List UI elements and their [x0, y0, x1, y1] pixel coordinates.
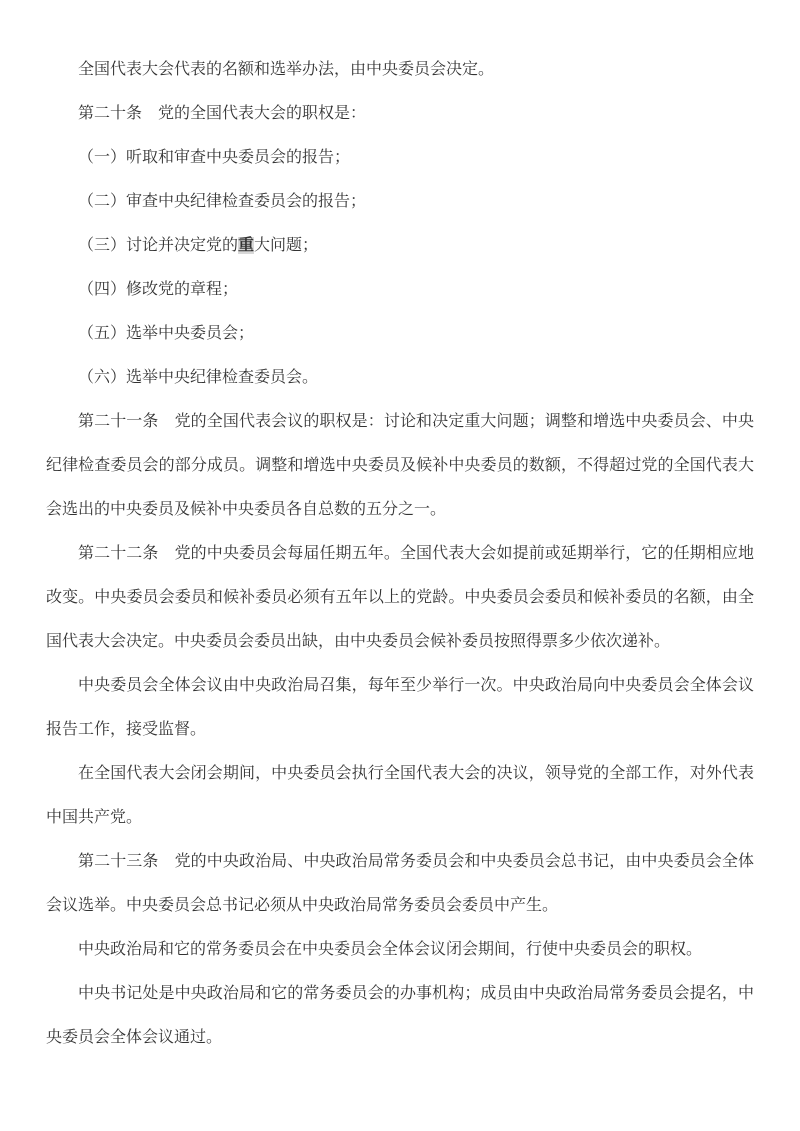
paragraph: 中央政治局和它的常务委员会在中央委员会全体会议闭会期间，行使中央委员会的职权。 [46, 928, 754, 972]
document-body: 全国代表大会代表的名额和选举办法，由中央委员会决定。第二十条 党的全国代表大会的… [46, 48, 754, 1060]
paragraph: （三）讨论并决定党的重大问题； [46, 224, 754, 268]
text-run: 大问题； [254, 237, 318, 254]
text-run: （三）讨论并决定党的 [78, 237, 238, 254]
text-run: 全国代表大会代表的名额和选举办法，由中央委员会决定。 [78, 61, 494, 78]
text-run: （一）听取和审查中央委员会的报告； [78, 149, 350, 166]
text-run: （二）审查中央纪律检查委员会的报告； [78, 193, 366, 210]
paragraph: （五）选举中央委员会； [46, 312, 754, 356]
paragraph: 在全国代表大会闭会期间，中央委员会执行全国代表大会的决议，领导党的全部工作，对外… [46, 752, 754, 840]
text-run: 中央委员会全体会议由中央政治局召集，每年至少举行一次。中央政治局向中央委员会全体… [46, 677, 754, 738]
paragraph: （一）听取和审查中央委员会的报告； [46, 136, 754, 180]
text-run: （六）选举中央纪律检查委员会。 [78, 369, 318, 386]
text-run: （四）修改党的章程； [78, 281, 238, 298]
paragraph: 中央书记处是中央政治局和它的常务委员会的办事机构；成员由中央政治局常务委员会提名… [46, 972, 754, 1060]
text-run: （五）选举中央委员会； [78, 325, 254, 342]
text-run: 第二十二条 党的中央委员会每届任期五年。全国代表大会如提前或延期举行，它的任期相… [46, 545, 754, 650]
paragraph: 第二十条 党的全国代表大会的职权是： [46, 92, 754, 136]
text-run: 第二十一条 党的全国代表会议的职权是：讨论和决定重大问题；调整和增选中央委员会、… [46, 413, 754, 518]
paragraph: （四）修改党的章程； [46, 268, 754, 312]
text-run: 第二十条 党的全国代表大会的职权是： [78, 105, 366, 122]
paragraph: （二）审查中央纪律检查委员会的报告； [46, 180, 754, 224]
text-run: 在全国代表大会闭会期间，中央委员会执行全国代表大会的决议，领导党的全部工作，对外… [46, 765, 754, 826]
text-run: 第二十三条 党的中央政治局、中央政治局常务委员会和中央委员会总书记，由中央委员会… [46, 853, 754, 914]
paragraph: 第二十三条 党的中央政治局、中央政治局常务委员会和中央委员会总书记，由中央委员会… [46, 840, 754, 928]
paragraph: 第二十二条 党的中央委员会每届任期五年。全国代表大会如提前或延期举行，它的任期相… [46, 532, 754, 664]
text-run: 中央书记处是中央政治局和它的常务委员会的办事机构；成员由中央政治局常务委员会提名… [46, 985, 754, 1046]
paragraph: 全国代表大会代表的名额和选举办法，由中央委员会决定。 [46, 48, 754, 92]
paragraph: 中央委员会全体会议由中央政治局召集，每年至少举行一次。中央政治局向中央委员会全体… [46, 664, 754, 752]
paragraph: （六）选举中央纪律检查委员会。 [46, 356, 754, 400]
highlighted-text: 重 [238, 237, 254, 254]
document-page: 全国代表大会代表的名额和选举办法，由中央委员会决定。第二十条 党的全国代表大会的… [0, 0, 800, 1131]
paragraph: 第二十一条 党的全国代表会议的职权是：讨论和决定重大问题；调整和增选中央委员会、… [46, 400, 754, 532]
text-run: 中央政治局和它的常务委员会在中央委员会全体会议闭会期间，行使中央委员会的职权。 [78, 941, 702, 958]
